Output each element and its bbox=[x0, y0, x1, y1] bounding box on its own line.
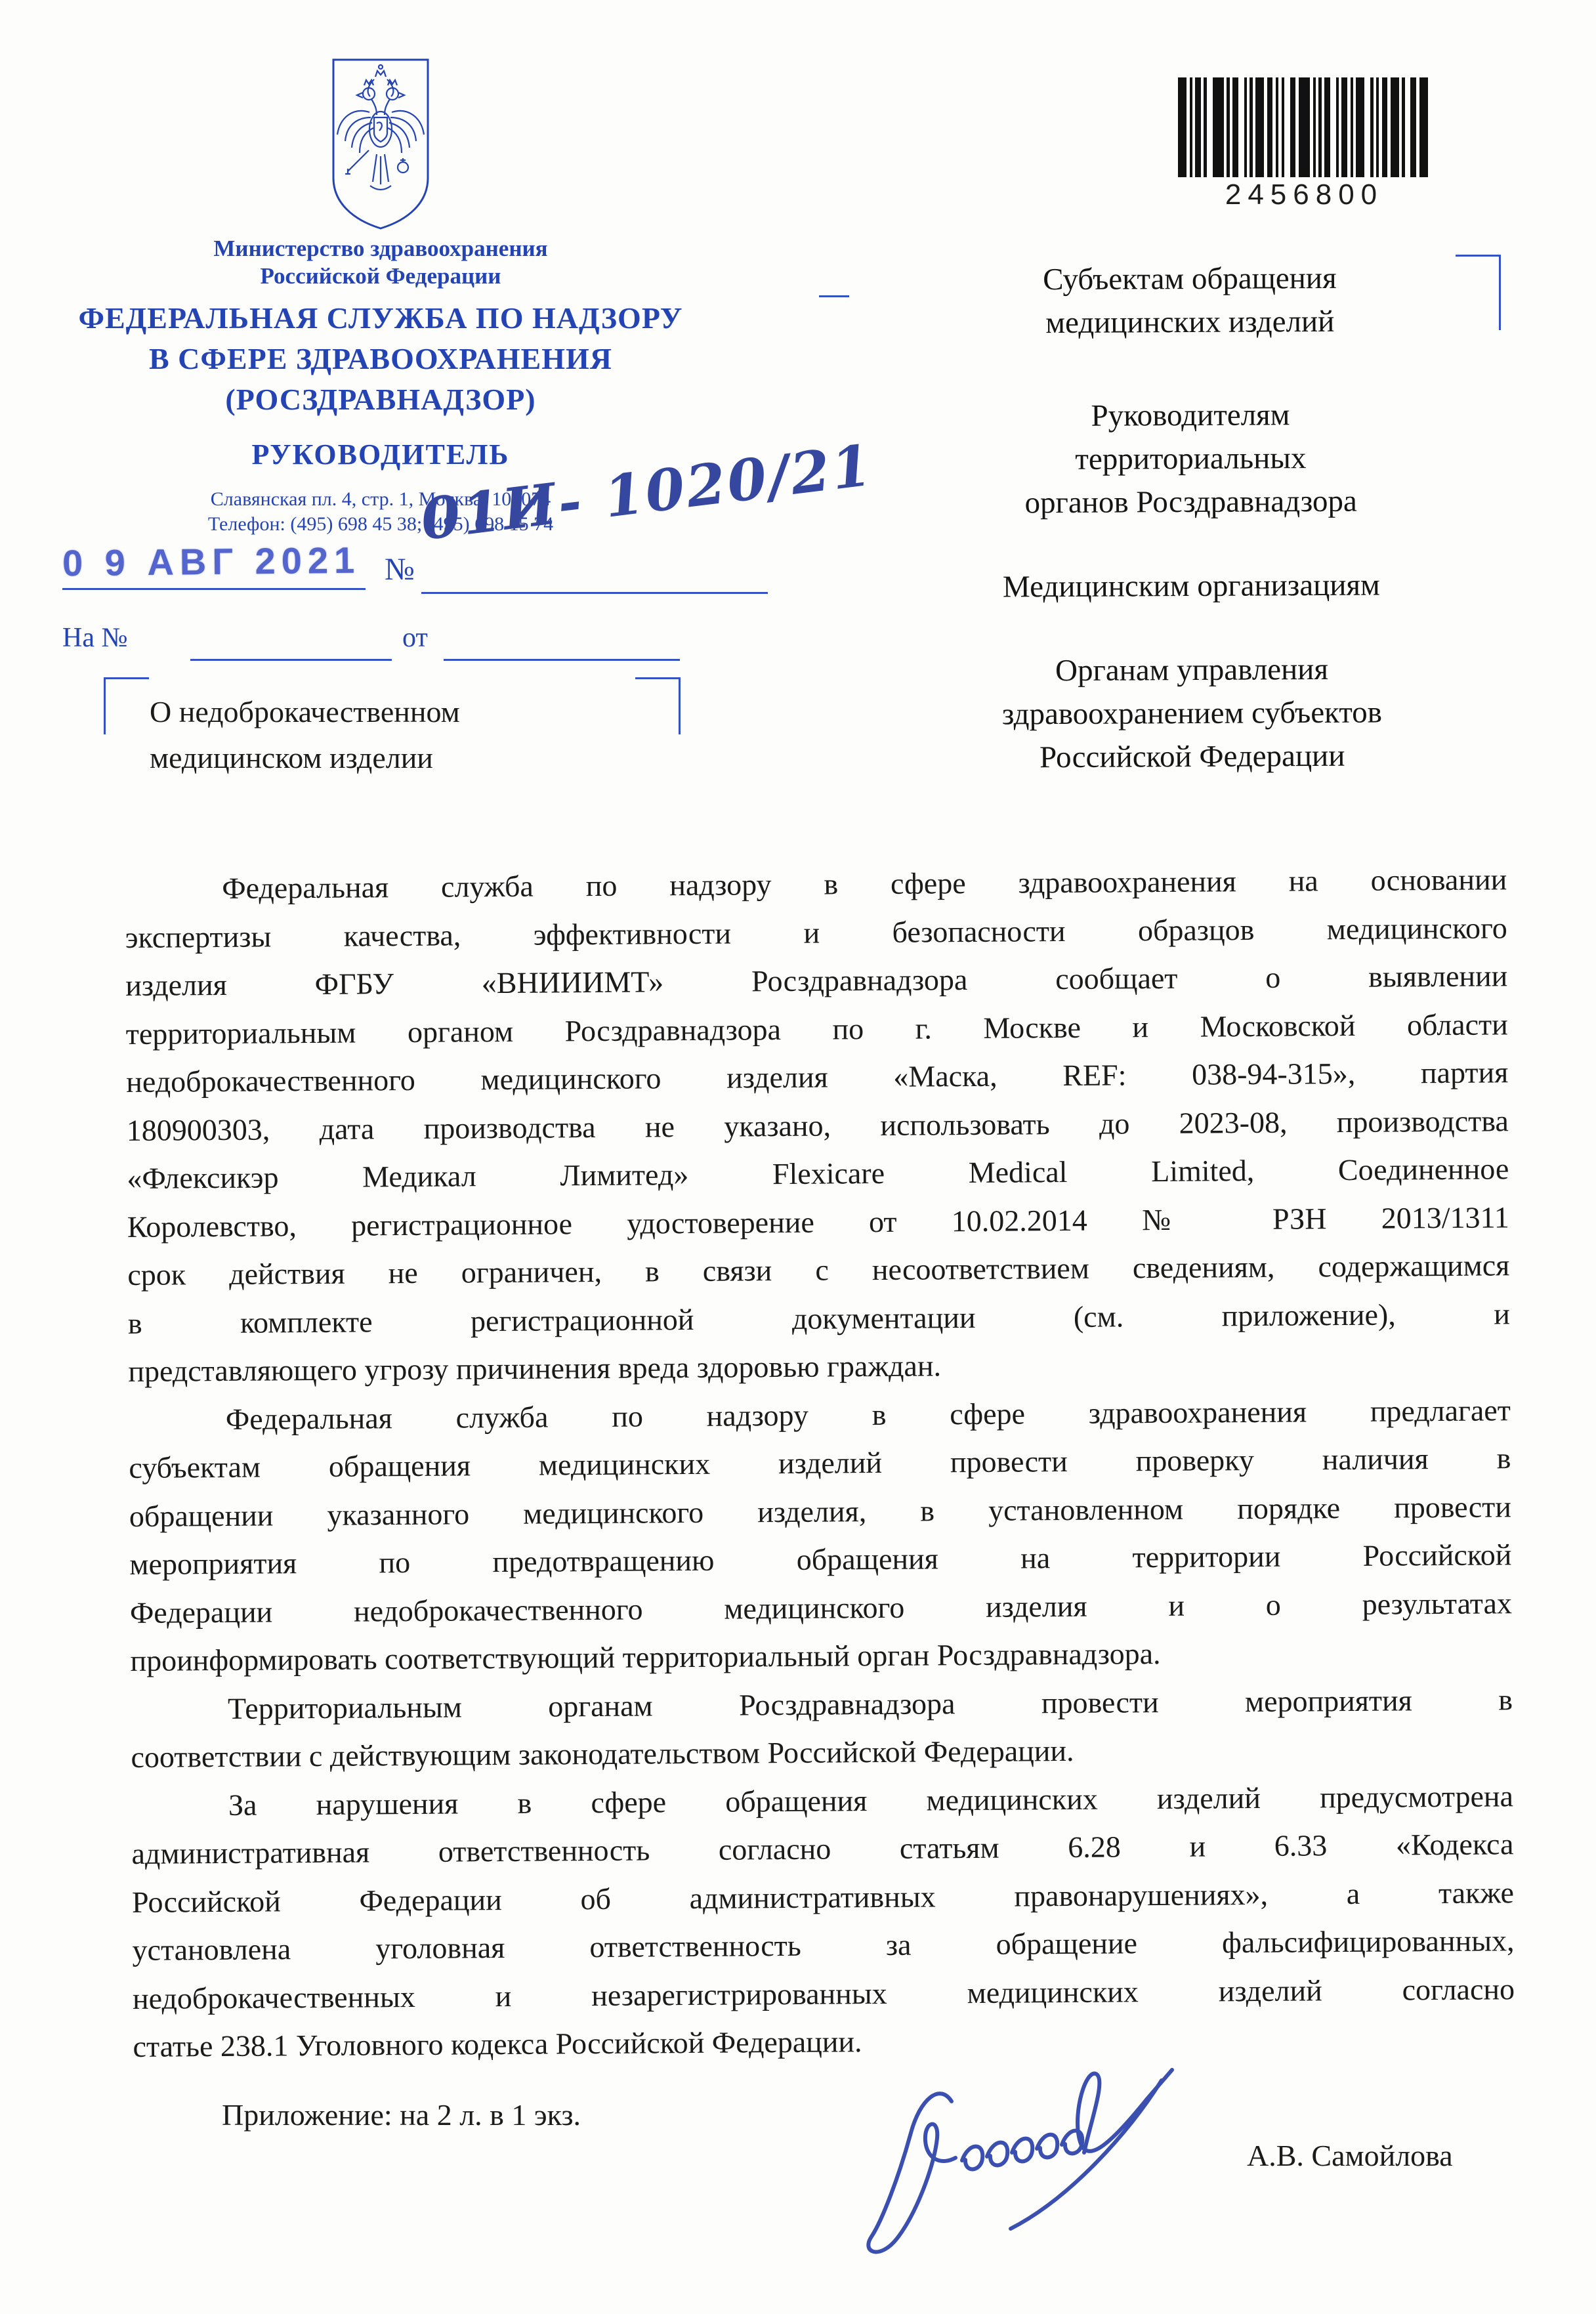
body-line: субъектам обращения медицинских изделий … bbox=[129, 1434, 1511, 1492]
addressee-corner-mark-right bbox=[1456, 255, 1501, 330]
body-line: Федеральная служба по надзору в сфере зд… bbox=[125, 855, 1507, 913]
letter-body: Федеральная служба по надзору в сфере зд… bbox=[125, 855, 1515, 2071]
subject-corner-mark-right bbox=[635, 677, 681, 734]
barcode-gap bbox=[1207, 77, 1213, 177]
reply-date-blank bbox=[444, 659, 680, 661]
addressee-line: органов Росздравнадзора bbox=[971, 479, 1411, 525]
barcode-gap bbox=[1284, 77, 1290, 177]
subject-line1: О недоброкачественном bbox=[150, 694, 460, 729]
barcode-gap bbox=[1238, 77, 1244, 177]
barcode-gap bbox=[1405, 77, 1411, 177]
service-name-line2: В СФЕРЕ ЗДРАВООХРАНЕНИЯ bbox=[72, 339, 689, 379]
barcode-bar bbox=[1299, 77, 1311, 177]
addressee-list: Субъектам обращениямедицинских изделийРу… bbox=[970, 256, 1412, 820]
subject-line2: медицинском изделии bbox=[150, 740, 433, 775]
coat-of-arms-icon bbox=[328, 56, 433, 233]
addressee-block: Органам управленияздравоохранением субъе… bbox=[972, 647, 1412, 780]
addressee-block: Медицинским организациям bbox=[971, 563, 1411, 609]
barcode-bar bbox=[1255, 77, 1264, 177]
barcode-bar bbox=[1213, 77, 1225, 177]
ministry-name-line2: Российской Федерации bbox=[72, 263, 689, 290]
scanned-letter-page: Министерство здравоохранения Российской … bbox=[0, 0, 1596, 2314]
addressee-margin-dash bbox=[819, 295, 849, 297]
service-name-line1: ФЕДЕРАЛЬНАЯ СЛУЖБА ПО НАДЗОРУ bbox=[72, 298, 689, 339]
date-stamp: 0 9 АВГ 2021 bbox=[62, 539, 361, 585]
addressee-line: Российской Федерации bbox=[973, 734, 1412, 780]
reply-to-number-label: На № bbox=[62, 622, 128, 654]
barcode-bar bbox=[1324, 77, 1330, 177]
addressee-line: Субъектам обращения bbox=[970, 256, 1410, 302]
barcode-bar bbox=[1195, 77, 1201, 177]
barcode-bar bbox=[1410, 77, 1416, 177]
body-line: мероприятия по предотвращению обращения … bbox=[129, 1530, 1511, 1588]
service-name: ФЕДЕРАЛЬНАЯ СЛУЖБА ПО НАДЗОРУ В СФЕРЕ ЗД… bbox=[72, 298, 689, 420]
barcode-bar bbox=[1391, 77, 1399, 177]
ministry-name-line1: Министерство здравоохранения bbox=[72, 235, 689, 263]
addressee-line: Медицинским организациям bbox=[971, 563, 1411, 609]
addressee-block: Руководителямтерриториальныхорганов Росз… bbox=[971, 392, 1411, 525]
reply-from-label: от bbox=[402, 622, 428, 654]
body-line: статье 238.1 Уголовного кодекса Российск… bbox=[133, 2013, 1515, 2071]
body-line: административная ответственность согласн… bbox=[131, 1820, 1513, 1878]
barcode-gap bbox=[1428, 77, 1431, 177]
body-line: установлена уголовная ответственность за… bbox=[132, 1916, 1514, 1974]
addressee-block: Субъектам обращениямедицинских изделий bbox=[970, 256, 1410, 345]
body-line: изделия ФГБУ «ВНИИИМТ» Росздравнадзора с… bbox=[125, 952, 1507, 1009]
barcode-bar bbox=[1382, 77, 1388, 177]
barcode-number: 2456800 bbox=[1178, 179, 1431, 211]
body-line: срок действия не ограничен, в связи с не… bbox=[127, 1241, 1509, 1299]
addressee-line: территориальных bbox=[971, 436, 1410, 482]
body-line: Территориальным органам Росздравнадзора … bbox=[131, 1675, 1513, 1733]
body-line: Федерации недоброкачественного медицинск… bbox=[130, 1579, 1512, 1637]
barcode-bar bbox=[1419, 77, 1428, 177]
barcode-gap bbox=[1364, 77, 1370, 177]
body-line: «Флексикэр Медикал Лимитед» Flexicare Me… bbox=[127, 1145, 1509, 1202]
reply-number-blank bbox=[190, 659, 392, 661]
addressee-line: медицинских изделий bbox=[970, 299, 1410, 345]
body-line: недоброкачественного медицинского издели… bbox=[126, 1048, 1508, 1106]
number-underline bbox=[421, 592, 768, 594]
barcode bbox=[1178, 77, 1431, 177]
signatory-name: А.В. Самойлова bbox=[1247, 2138, 1453, 2173]
body-line: недоброкачественных и незарегистрированн… bbox=[133, 1965, 1515, 2023]
addressee-line: Органам управления bbox=[972, 647, 1412, 693]
number-sign: № bbox=[385, 551, 415, 587]
addressee-line: здравоохранением субъектов bbox=[972, 690, 1412, 736]
date-underline bbox=[62, 588, 366, 590]
barcode-bar bbox=[1356, 77, 1364, 177]
barcode-bar bbox=[1290, 77, 1296, 177]
barcode-bar bbox=[1232, 77, 1238, 177]
signature-script bbox=[853, 2061, 1194, 2284]
barcode-bar bbox=[1267, 77, 1273, 177]
barcode-gap bbox=[1330, 77, 1336, 177]
barcode-bar bbox=[1341, 77, 1347, 177]
service-name-line3: (РОСЗДРАВНАДЗОР) bbox=[72, 379, 689, 420]
addressee-line: Руководителям bbox=[971, 392, 1410, 438]
attachment-note: Приложение: на 2 л. в 1 экз. bbox=[222, 2097, 581, 2132]
body-line: в комплекте регистрационной документации… bbox=[128, 1290, 1510, 1347]
barcode-bar bbox=[1178, 77, 1186, 177]
subject-corner-mark-left bbox=[104, 677, 149, 734]
